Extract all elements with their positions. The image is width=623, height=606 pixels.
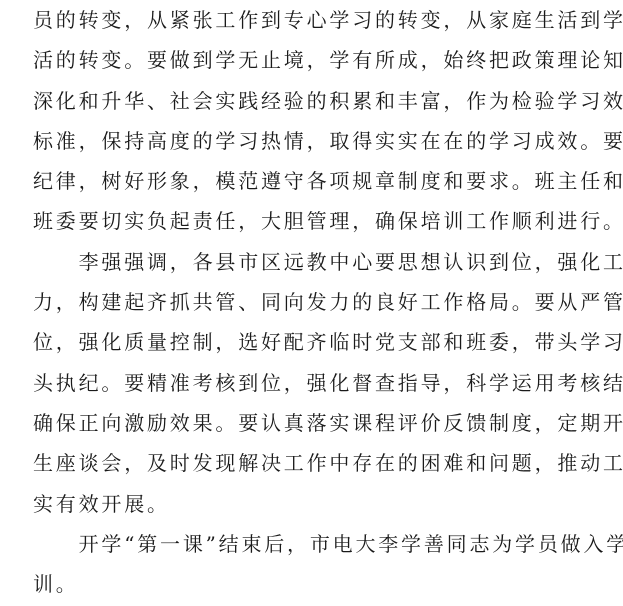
text-line: 标准，保持高度的学习热情，取得实实在在的学习成效。要严明 [33,121,589,161]
text-line: 员的转变，从紧张工作到专心学习的转变，从家庭生活到学校生 [33,0,589,40]
text-line: 训。 [33,564,589,604]
paragraph-1: 员的转变，从紧张工作到专心学习的转变，从家庭生活到学校生 活的转变。要做到学无止… [33,0,589,242]
paragraph-3: 开学“第一课”结束后，市电大李学善同志为学员做入学前培 训。 [33,524,589,605]
text-line: 确保正向激励效果。要认真落实课程评价反馈制度，定期开展师 [33,403,589,443]
text-line: 活的转变。要做到学无止境，学有所成，始终把政策理论知识的 [33,40,589,80]
text-line: 头执纪。要精准考核到位，强化督查指导，科学运用考核结果， [33,363,589,403]
text-line: 开学“第一课”结束后，市电大李学善同志为学员做入学前培 [33,524,589,564]
paragraph-2: 李强强调，各县市区远教中心要思想认识到位，强化工作合 力，构建起齐抓共管、同向发… [33,242,589,524]
text-line: 位，强化质量控制，选好配齐临时党支部和班委，带头学习，带 [33,322,589,362]
text-line: 力，构建起齐抓共管、同向发力的良好工作格局。要从严管理到 [33,282,589,322]
text-line: 班委要切实负起责任，大胆管理，确保培训工作顺利进行。 [33,201,589,241]
text-line: 生座谈会，及时发现解决工作中存在的困难和问题，推动工作扎 [33,443,589,483]
text-line: 李强强调，各县市区远教中心要思想认识到位，强化工作合 [33,242,589,282]
text-line: 深化和升华、社会实践经验的积累和丰富，作为检验学习效果的 [33,81,589,121]
text-line: 实有效开展。 [33,484,589,524]
document-body: 员的转变，从紧张工作到专心学习的转变，从家庭生活到学校生 活的转变。要做到学无止… [33,0,589,604]
text-line: 纪律，树好形象，模范遵守各项规章制度和要求。班主任和各位 [33,161,589,201]
